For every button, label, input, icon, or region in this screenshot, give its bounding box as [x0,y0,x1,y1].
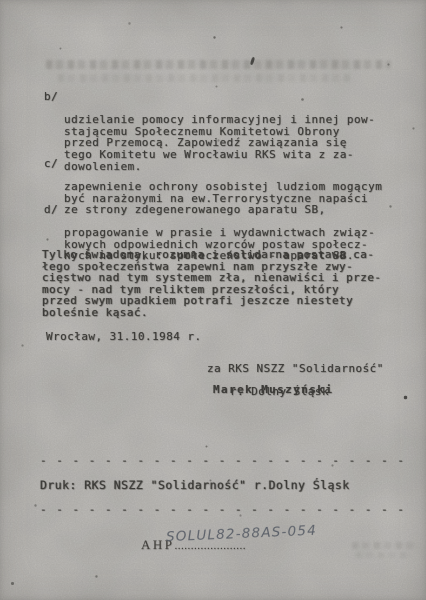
print-imprint: - - - - - - - - - - - - - - - - - - - - … [40,443,410,527]
faint-ghost-text [352,542,418,549]
dateline: Wrocław, 31.10.1984 r. [46,331,202,343]
faint-illegible-line [58,74,350,82]
paragraph-b-marker: b/ [44,91,58,103]
imprint-dash-line-bottom: - - - - - - - - - - - - - - - - - - - - … [40,504,410,516]
paragraph-c-marker: c/ [44,158,58,170]
ink-specks [0,0,1,1]
signature-organization: za RKS NSZZ "Solidarność" [207,363,384,375]
faint-illegible-line [46,60,391,69]
imprint-dash-line-top: - - - - - - - - - - - - - - - - - - - - … [40,455,410,467]
scanned-document-page: b/ udzielanie pomocy informacyjnej i inn… [0,0,426,600]
paragraph-d-marker: d/ [44,204,58,216]
closing-paragraph: Tylko świadoma, rozumna i solidarna post… [42,249,394,319]
faint-ghost-text [356,552,411,558]
signature-name: Marek Muszyński [213,384,333,396]
imprint-text: Druk: RKS NSZZ "Solidarność" r.Dolny Ślą… [40,478,410,492]
signature-block: za RKS NSZZ "Solidarność" r. Dolny Śląsk [207,351,384,409]
